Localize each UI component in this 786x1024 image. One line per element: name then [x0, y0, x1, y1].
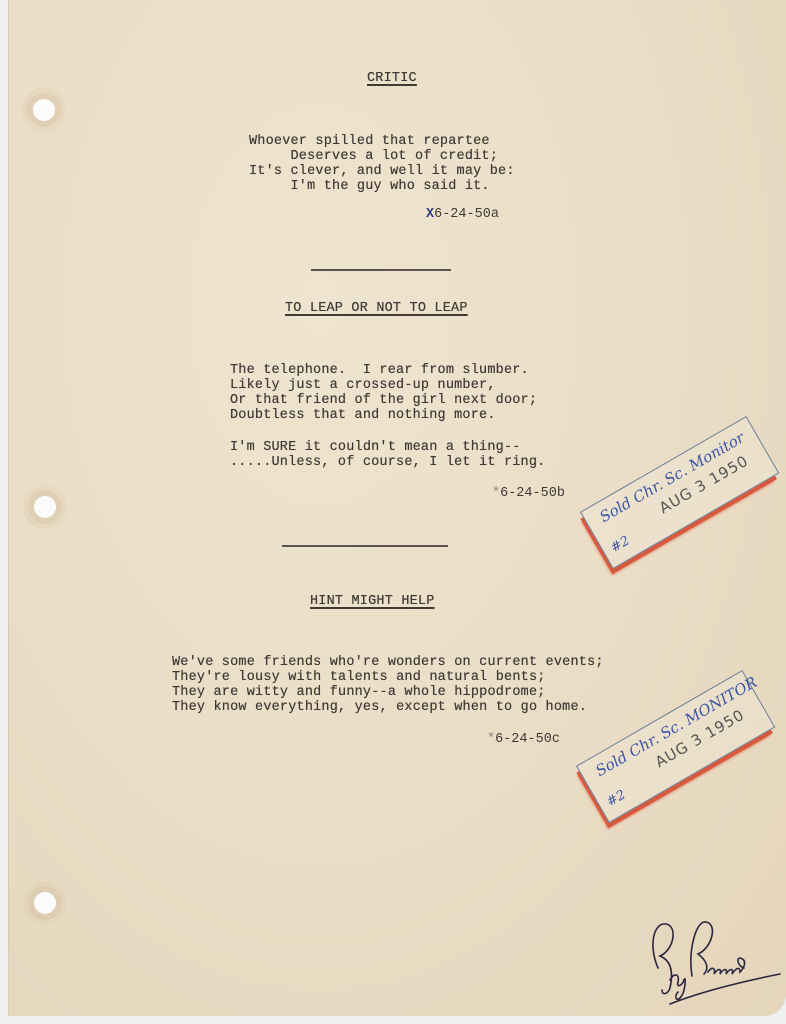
pencil-mark-icon: * — [492, 486, 500, 501]
divider — [311, 269, 451, 271]
poem-code-hint-might-help: *6-24-50c — [487, 732, 560, 747]
stamp-number: #2 — [604, 787, 628, 810]
poem-line: I'm SURE it couldn't mean a thing-- — [230, 440, 521, 455]
pencil-mark-icon: X — [426, 207, 434, 222]
binder-hole — [33, 99, 55, 121]
poem-line: .....Unless, of course, I let it ring. — [230, 455, 545, 470]
divider — [282, 545, 448, 547]
stamp-number: #2 — [608, 533, 632, 556]
poem-line: They're lousy with talents and natural b… — [172, 670, 546, 685]
poem-title-hint-might-help: HINT MIGHT HELP — [310, 594, 435, 609]
poem-line: Or that friend of the girl next door; — [230, 393, 537, 408]
poem-line: The telephone. I rear from slumber. — [230, 363, 529, 378]
binder-hole — [34, 496, 56, 518]
poem-title-to-leap: TO LEAP OR NOT TO LEAP — [285, 301, 468, 316]
poem-line: Deserves a lot of credit; — [249, 149, 498, 164]
poem-line: Doubtless that and nothing more. — [230, 408, 496, 423]
signature: Roy Romine — [640, 910, 786, 1010]
poem-line: They are witty and funny--a whole hippod… — [172, 685, 546, 700]
poem-code-critic: X6-24-50a — [426, 207, 499, 222]
poem-line: It's clever, and well it may be: — [249, 164, 515, 179]
poem-line: Whoever spilled that repartee — [249, 134, 490, 149]
poem-line: Likely just a crossed-up number, — [230, 378, 496, 393]
poem-line: We've some friends who're wonders on cur… — [172, 655, 604, 670]
poem-line: I'm the guy who said it. — [249, 179, 490, 194]
binder-hole — [34, 892, 56, 914]
poem-code-to-leap: *6-24-50b — [492, 486, 565, 501]
pencil-mark-icon: * — [487, 732, 495, 747]
poem-line: They know everything, yes, except when t… — [172, 700, 587, 715]
poem-title-critic: CRITIC — [367, 71, 417, 86]
